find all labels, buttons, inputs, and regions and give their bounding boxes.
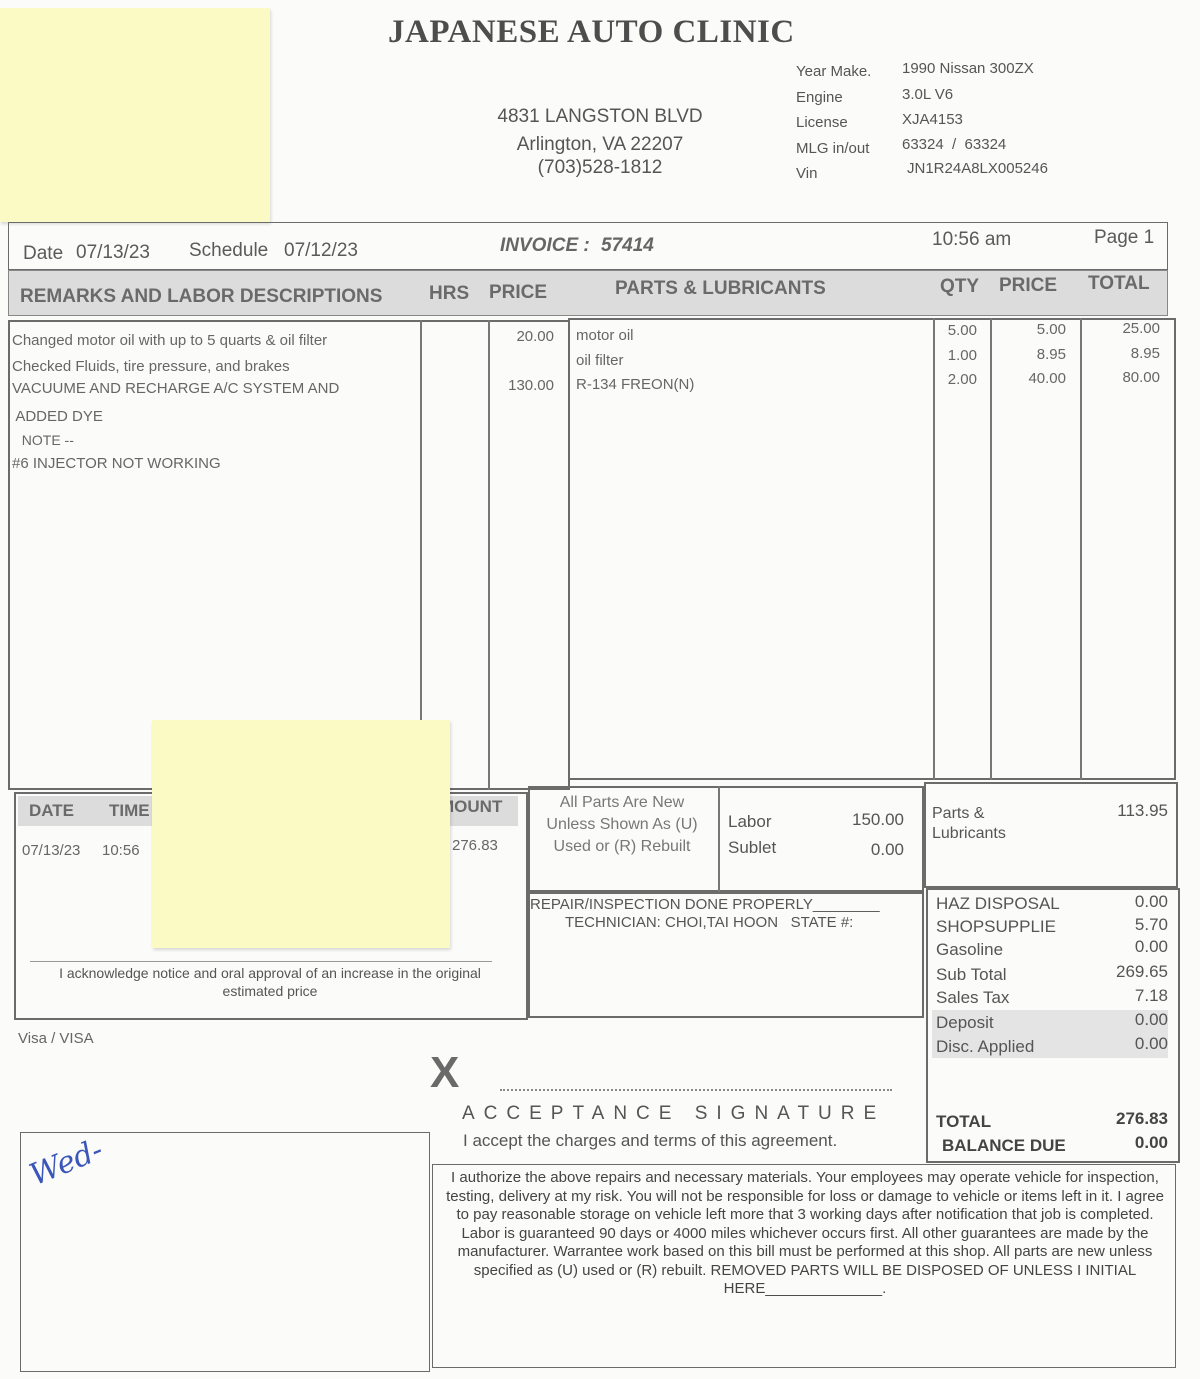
vehicle-vin-value: JN1R24A8LX005246 <box>907 160 1048 177</box>
total-line-value: 0.00 <box>1135 937 1168 957</box>
part-row-price: 40.00 <box>992 370 1066 387</box>
acknowledge-line <box>30 961 492 962</box>
total-line-label: Deposit <box>936 1013 994 1033</box>
parts-notice: All Parts Are New Unless Shown As (U) Us… <box>540 792 704 858</box>
technician-line: TECHNICIAN: CHOI,TAI HOON STATE #: <box>565 914 853 931</box>
total-line-value: 0.00 <box>1135 892 1168 912</box>
schedule-value: 07/12/23 <box>284 240 358 262</box>
labor-row-description: ADDED DYE <box>12 408 103 425</box>
payment-row-date: 07/13/23 <box>22 842 80 859</box>
part-row-description: oil filter <box>576 352 624 369</box>
labor-row-description: #6 INJECTOR NOT WORKING <box>12 455 221 472</box>
parts-total-value: 113.95 <box>1117 801 1168 821</box>
total-line-value: 269.65 <box>1116 962 1168 982</box>
part-row-qty: 5.00 <box>935 322 977 339</box>
parts-header-description: PARTS & LUBRICANTS <box>615 278 826 300</box>
labor-summary-value: 150.00 <box>820 810 904 830</box>
total-line-label: Disc. Applied <box>936 1037 1034 1057</box>
sublet-summary-label: Sublet <box>728 838 776 858</box>
summary-divider <box>718 786 720 892</box>
labor-header-description: REMARKS AND LABOR DESCRIPTIONS <box>20 286 382 308</box>
part-row-qty: 2.00 <box>935 371 977 388</box>
vehicle-year-make-label: Year Make. <box>796 63 871 80</box>
sublet-summary-value: 0.00 <box>820 840 904 860</box>
part-row-qty: 1.00 <box>935 347 977 364</box>
signature-line[interactable] <box>500 1089 892 1091</box>
terms-text: I authorize the above repairs and necess… <box>440 1169 1170 1299</box>
labor-row-description: Changed motor oil with up to 5 quarts & … <box>12 332 327 349</box>
total-line-value: 0.00 <box>1135 1034 1168 1054</box>
total-line-value: 7.18 <box>1135 986 1168 1006</box>
payment-method: Visa / VISA <box>18 1030 94 1047</box>
labor-summary-label: Labor <box>728 812 771 832</box>
labor-row-description: Checked Fluids, tire pressure, and brake… <box>12 358 290 375</box>
total-line-value: 0.00 <box>1135 1010 1168 1030</box>
balance-due-label: BALANCE DUE <box>942 1136 1066 1156</box>
labor-row-price: 130.00 <box>490 377 554 394</box>
part-row-price: 8.95 <box>992 346 1066 363</box>
part-row-description: R-134 FREON(N) <box>576 376 694 393</box>
invoice-time: 10:56 am <box>932 229 1011 251</box>
shop-address-line2: Arlington, VA 22207 <box>470 134 730 156</box>
labor-row-note: NOTE -- <box>14 432 74 448</box>
parts-total-label: Parts & Lubricants <box>932 804 1042 844</box>
acknowledge-text: I acknowledge notice and oral approval o… <box>40 964 500 1000</box>
payment-row-amount: 276.83 <box>452 837 498 854</box>
vehicle-mileage-value: 63324 / 63324 <box>902 136 1006 153</box>
page-number: Page 1 <box>1094 227 1154 249</box>
payments-header-time: TIME <box>109 801 150 821</box>
vehicle-license-label: License <box>796 114 848 131</box>
date-label: Date <box>23 243 63 265</box>
grand-total-label: TOTAL <box>936 1112 991 1132</box>
part-row-total: 25.00 <box>1082 320 1160 337</box>
total-line-value: 5.70 <box>1135 915 1168 935</box>
parts-col-divider-price <box>990 318 992 780</box>
parts-col-divider-total <box>1080 318 1082 780</box>
schedule-label: Schedule <box>189 240 268 262</box>
total-line-label: Sales Tax <box>936 988 1009 1008</box>
part-row-price: 5.00 <box>992 321 1066 338</box>
part-row-total: 80.00 <box>1082 369 1160 386</box>
inspection-line: REPAIR/INSPECTION DONE PROPERLY________ <box>530 896 880 913</box>
total-line-label: Sub Total <box>936 965 1007 985</box>
sticky-note-redaction <box>0 8 270 222</box>
payment-row-time: 10:56 <box>102 842 140 859</box>
vehicle-engine-value: 3.0L V6 <box>902 86 953 103</box>
parts-header-qty: QTY <box>940 276 979 298</box>
vehicle-engine-label: Engine <box>796 89 843 106</box>
parts-header-price: PRICE <box>999 275 1057 297</box>
vehicle-year-make-value: 1990 Nissan 300ZX <box>902 60 1034 77</box>
labor-row-price: 20.00 <box>490 328 554 345</box>
shop-address-line1: 4831 LANGSTON BLVD <box>470 106 730 128</box>
grand-total-value: 276.83 <box>1116 1109 1168 1129</box>
part-row-total: 8.95 <box>1082 345 1160 362</box>
acceptance-signature-subtitle: I accept the charges and terms of this a… <box>463 1131 837 1151</box>
balance-due-value: 0.00 <box>1135 1133 1168 1153</box>
labor-row-description: VACUUME AND RECHARGE A/C SYSTEM AND <box>12 380 339 397</box>
shop-name: JAPANESE AUTO CLINIC <box>388 14 795 51</box>
part-row-description: motor oil <box>576 327 634 344</box>
vehicle-mileage-label: MLG in/out <box>796 140 869 157</box>
total-line-label: HAZ DISPOSAL <box>936 894 1060 914</box>
total-line-label: Gasoline <box>936 940 1003 960</box>
payments-header-date: DATE <box>29 801 74 821</box>
vehicle-license-value: XJA4153 <box>902 111 963 128</box>
acceptance-signature-title: ACCEPTANCE SIGNATURE <box>462 1103 885 1125</box>
date-value: 07/13/23 <box>76 242 150 264</box>
labor-header-price: PRICE <box>489 282 547 304</box>
shop-phone: (703)528-1812 <box>470 157 730 179</box>
labor-header-hrs: HRS <box>429 283 469 305</box>
vehicle-vin-label: Vin <box>796 165 817 182</box>
signature-x-mark: X <box>430 1048 459 1098</box>
total-line-label: SHOPSUPPLIE <box>936 917 1056 937</box>
parts-header-total: TOTAL <box>1088 273 1150 295</box>
sticky-note-redaction <box>152 720 450 948</box>
invoice-number: 57414 <box>601 235 654 257</box>
invoice-label: INVOICE : <box>500 235 590 257</box>
